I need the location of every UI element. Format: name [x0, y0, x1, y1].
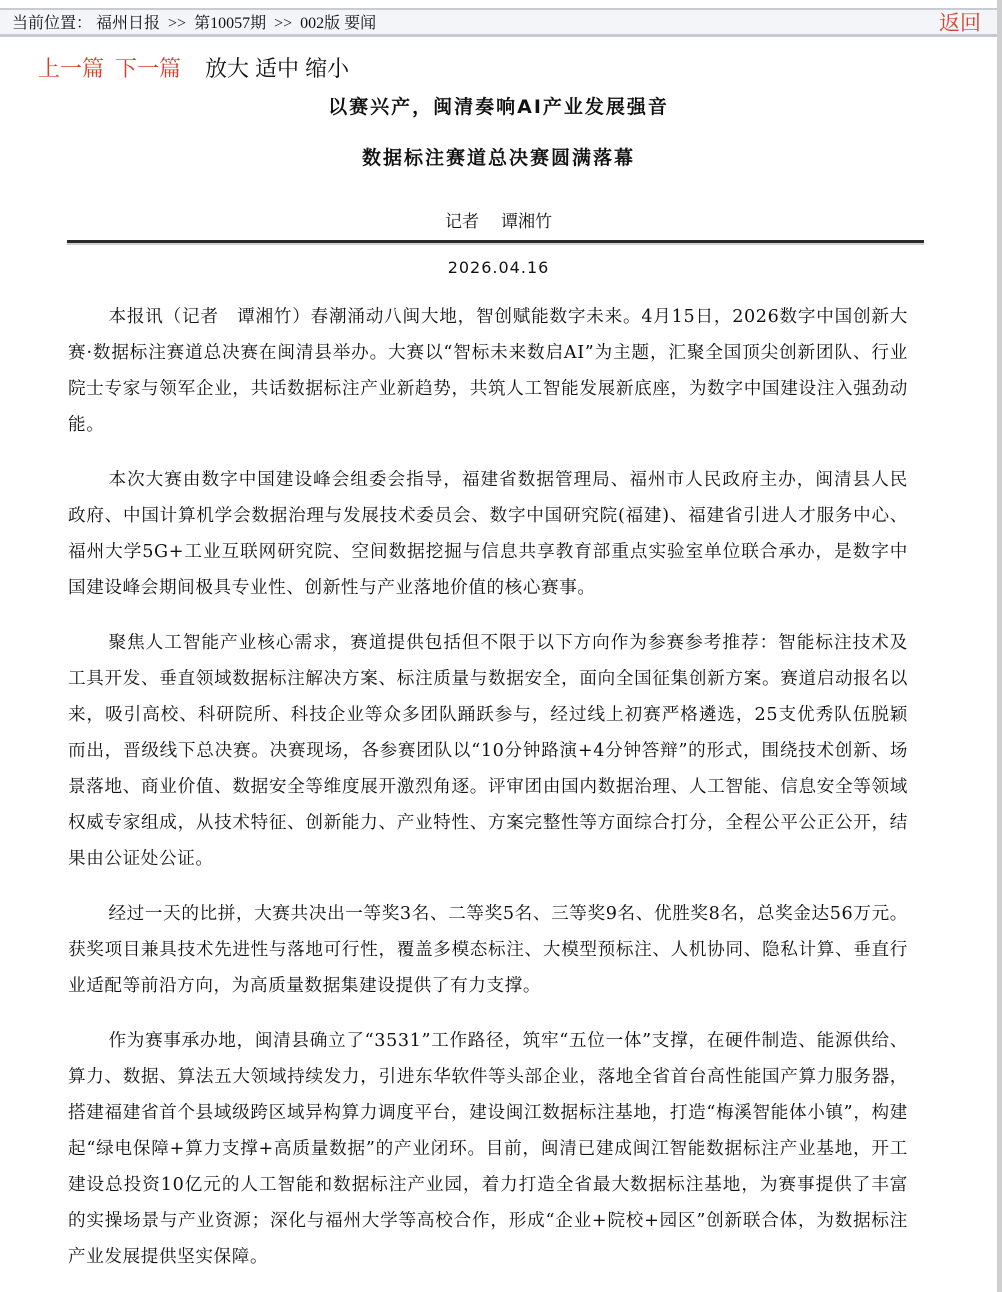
article-byline: 记者谭湘竹	[0, 207, 997, 232]
article-paragraph: 作为赛事承办地，闽清县确立了“3531”工作路径，筑牢“五位一体”支撑，在硬件制…	[68, 1023, 908, 1275]
article-title: 以赛兴产，闽清奏响AI产业发展强音	[0, 92, 997, 119]
breadcrumb-separator: >>	[168, 15, 186, 32]
article-paragraph: 本次大赛由数字中国建设峰会组委会指导，福建省数据管理局、福州市人民政府主办，闽清…	[68, 462, 908, 606]
byline-role: 记者	[445, 212, 479, 232]
next-article-link[interactable]: 下一篇	[115, 56, 181, 81]
article-toolbar: 上一篇下一篇放大适中缩小	[38, 54, 355, 84]
back-link[interactable]: 返回	[939, 10, 981, 36]
title-divider	[67, 240, 924, 243]
zoom-out-link[interactable]: 缩小	[305, 56, 349, 81]
article-subtitle: 数据标注赛道总决赛圆满落幕	[0, 143, 997, 170]
article-paragraph: 聚焦人工智能产业核心需求，赛道提供包括但不限于以下方向作为参赛参考推荐：智能标注…	[68, 625, 908, 877]
page-scrollbar-edge[interactable]	[997, 0, 1002, 1292]
zoom-fit-link[interactable]: 适中	[255, 56, 299, 81]
breadcrumb-item-page[interactable]: 002版 要闻	[300, 15, 376, 32]
breadcrumb: 当前位置： 福州日报 >> 第10057期 >> 002版 要闻	[12, 13, 376, 35]
breadcrumb-item-newspaper[interactable]: 福州日报	[96, 15, 160, 32]
breadcrumb-prefix: 当前位置：	[12, 15, 92, 32]
byline-name: 谭湘竹	[501, 212, 552, 232]
article-date: 2026.04.16	[0, 258, 997, 277]
zoom-in-link[interactable]: 放大	[205, 56, 249, 81]
breadcrumb-item-issue[interactable]: 第10057期	[194, 15, 266, 32]
breadcrumb-separator: >>	[274, 15, 292, 32]
article-body: 本报讯（记者 谭湘竹）春潮涌动八闽大地，智创赋能数字未来。4月15日，2026数…	[68, 299, 908, 1292]
breadcrumb-bar: 当前位置： 福州日报 >> 第10057期 >> 002版 要闻 返回	[0, 8, 997, 37]
prev-article-link[interactable]: 上一篇	[38, 56, 104, 81]
article-paragraph: 经过一天的比拼，大赛共决出一等奖3名、二等奖5名、三等奖9名、优胜奖8名，总奖金…	[68, 896, 908, 1004]
article-paragraph: 本报讯（记者 谭湘竹）春潮涌动八闽大地，智创赋能数字未来。4月15日，2026数…	[68, 299, 908, 443]
